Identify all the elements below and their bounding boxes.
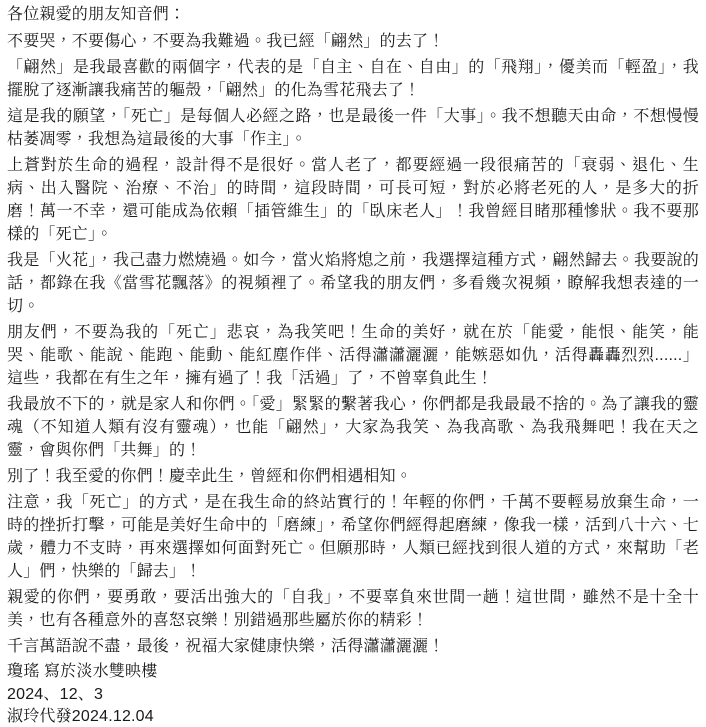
paragraph-7: 我最放不下的，就是家人和你們。「愛」緊緊的繫著我心，你們都是我最最不捨的。為了讓…: [7, 393, 699, 462]
signature-block: 瓊瑤 寫於淡水雙映樓 2024、12、3 淑玲代發2024.12.04: [7, 661, 699, 727]
paragraph-6: 朋友們，不要為我的「死亡」悲哀，為我笑吧！生命的美好，就在於「能愛，能恨、能笑，…: [7, 321, 699, 390]
paragraph-3: 這是我的願望，「死亡」是每個人必經之路，也是最後一件「大事」。我不想聽天由命，不…: [7, 105, 699, 151]
paragraph-9: 注意，我「死亡」的方式，是在我生命的終站實行的！年輕的你們，千萬不要輕易放棄生命…: [7, 491, 699, 583]
paragraph-11: 千言萬語說不盡，最後，祝福大家健康快樂，活得瀟瀟灑灑！: [7, 635, 699, 658]
signature-author: 瓊瑤 寫於淡水雙映樓: [7, 661, 699, 684]
paragraph-10: 親愛的你們，要勇敢，要活出強大的「自我」，不要辜負來世間一趟！這世間，雖然不是十…: [7, 586, 699, 632]
paragraph-4: 上蒼對於生命的過程，設計得不是很好。當人老了，都要經過一段很痛苦的「衰弱、退化、…: [7, 154, 699, 246]
paragraph-1: 不要哭，不要傷心，不要為我難過。我已經「翩然」的去了！: [7, 30, 699, 53]
paragraph-2: 「翩然」是我最喜歡的兩個字，代表的是「自主、自在、自由」的「飛翔」，優美而「輕盈…: [7, 56, 699, 102]
paragraph-5: 我是「火花」，我己盡力燃燒過。如今，當火焰將熄之前，我選擇這種方式，翩然歸去。我…: [7, 249, 699, 318]
salutation: 各位親愛的朋友知音們：: [7, 3, 699, 26]
paragraph-8: 別了！我至愛的你們！慶幸此生，曾經和你們相遇相知。: [7, 465, 699, 488]
signature-posted-by: 淑玲代發2024.12.04: [7, 706, 699, 727]
letter-document: 各位親愛的朋友知音們： 不要哭，不要傷心，不要為我難過。我已經「翩然」的去了！ …: [0, 0, 706, 727]
signature-date: 2024、12、3: [7, 684, 699, 707]
